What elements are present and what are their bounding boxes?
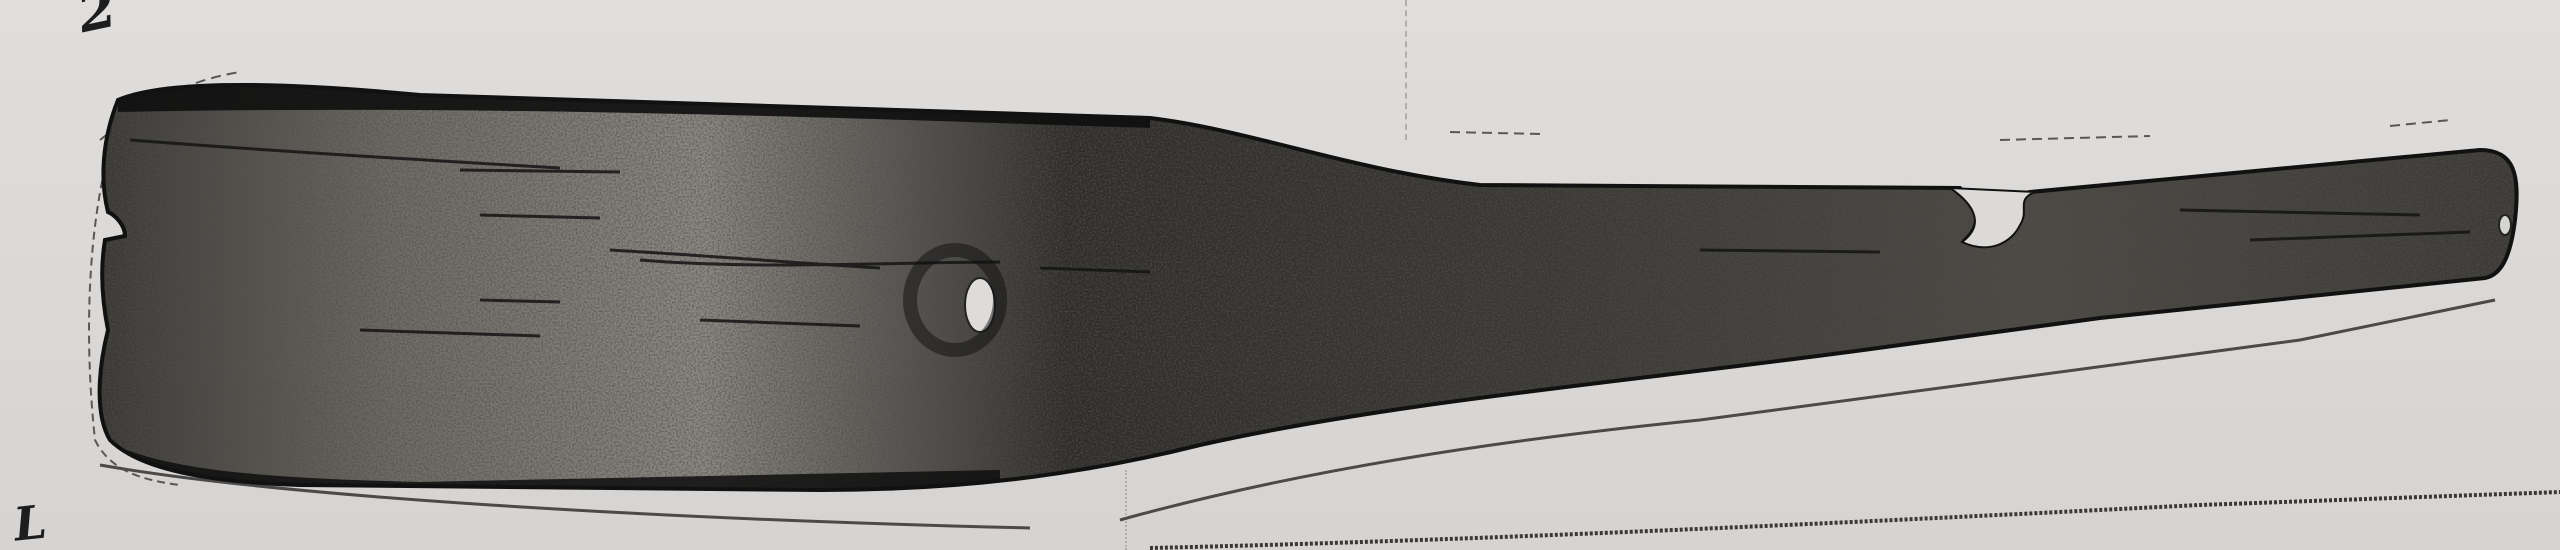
paper-sheet: 2 L (0, 0, 2560, 550)
end-mark (2499, 215, 2511, 235)
outline-contour-baseline (1150, 492, 2560, 548)
artifact-drawing (0, 0, 2560, 550)
